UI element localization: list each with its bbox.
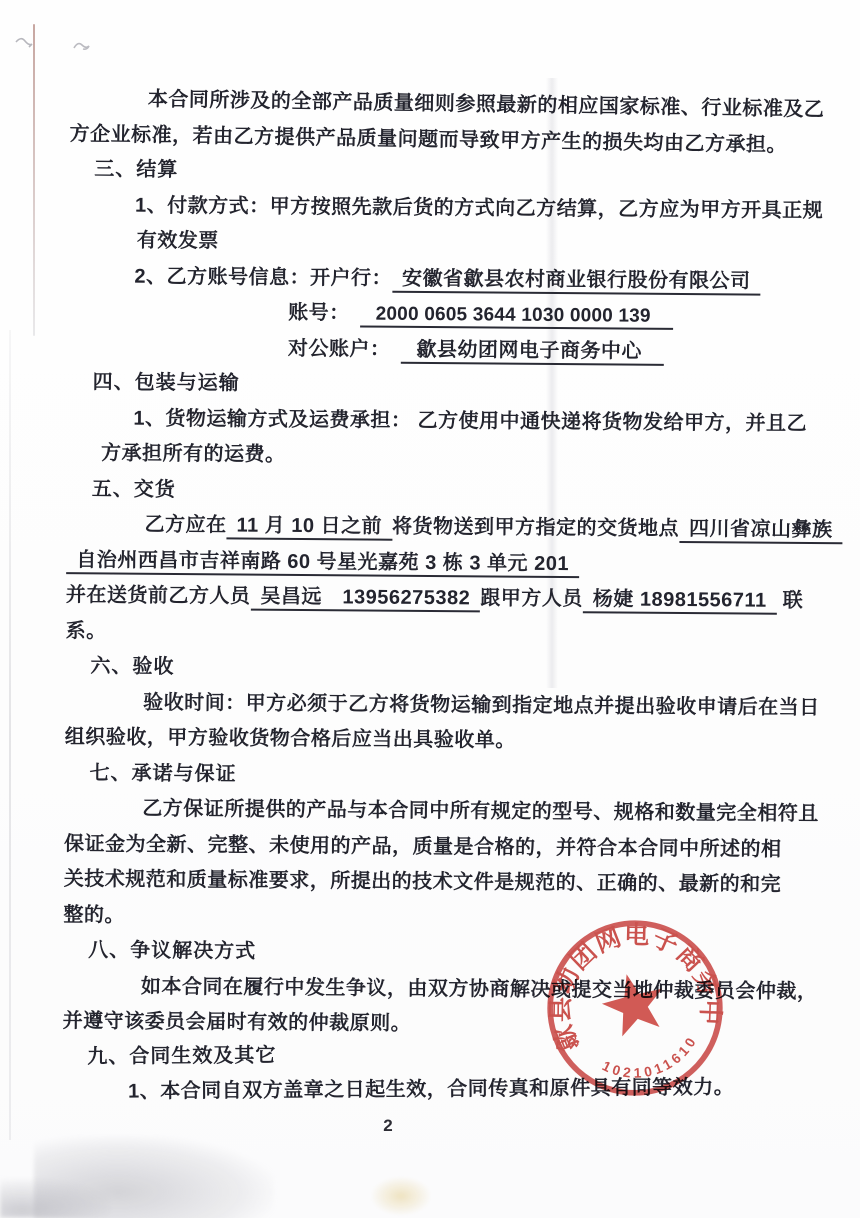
item-account-info: 2、乙方账号信息：开户行：安徽省歙县农村商业银行股份有限公司 [68, 259, 792, 300]
text-segment: 八、争议解决方式 [88, 939, 256, 962]
para-delivery-line4: 系。 [66, 614, 790, 655]
text-segment: 联 [777, 590, 804, 612]
para-delivery-line3: 并在送货前乙方人员吴昌远 13956275382跟甲方人员杨婕 18981556… [66, 578, 790, 619]
text-segment: 本合同所涉及的全部产品质量细则参照最新的相应国家标准、行业标准及乙 [148, 88, 825, 121]
section-heading-packing: 四、包装与运输 [68, 365, 792, 406]
section-heading-acceptance: 六、验收 [65, 649, 789, 690]
scan-stain-mark [370, 1176, 432, 1216]
seal-star-icon [596, 967, 671, 1039]
text-segment: 整的。 [63, 904, 125, 926]
text-segment: 将货物送到甲方指定的交货地点 [392, 516, 679, 540]
text-segment: 五、交货 [92, 478, 176, 501]
pen-squiggle-marks [12, 34, 132, 64]
company-seal: 歙县幼团网电子商务中心 10210116109 [543, 916, 727, 1100]
text-segment: 乙方应在 [144, 514, 226, 537]
text-segment: 保证金为全新、完整、未使用的产品，质量是合格的，并符合本合同中所述的相 [64, 833, 782, 861]
page-number: 2 [0, 1116, 798, 1136]
para-acceptance-line2: 组织验收，甲方验收货物合格后应当出具验收单。 [65, 720, 789, 761]
text-segment: 1、货物运输方式及运费承担： 乙方使用中通快递将货物发给甲方，并且乙 [133, 407, 807, 434]
account-number-line: 账号：2000 0605 3644 1030 0000 139 [68, 294, 792, 335]
text-segment: 对公账户： [288, 337, 391, 360]
text-segment: 组织验收，甲方验收货物合格后应当出具验收单。 [65, 726, 516, 752]
scan-corner-shadow [0, 1178, 110, 1218]
text-segment: 方企业标准，若由乙方提供产品质量问题而导致甲方产生的损失均由乙方承担。 [69, 123, 787, 156]
text-segment: 关技术规范和质量标准要求，所提出的技术文件是规范的、正确的、最新的和完 [64, 868, 782, 896]
para-guarantee-line3: 关技术规范和质量标准要求，所提出的技术文件是规范的、正确的、最新的和完 [64, 862, 788, 903]
text-segment: 六、验收 [90, 655, 174, 678]
text-segment: 九、合同生效及其它 [87, 1044, 276, 1067]
text-segment: 账号： [288, 302, 350, 324]
scan-edge-line-top [33, 24, 35, 336]
text-segment: 有效发票 [137, 230, 219, 253]
text-segment: 三、结算 [94, 158, 178, 181]
para-acceptance-line1: 验收时间：甲方必须于乙方将货物运输到指定地点并提出验收申请后在当日 [65, 685, 789, 726]
text-segment: 跟甲方人员 [480, 587, 583, 610]
text-segment: 并在送货前乙方人员 [66, 584, 251, 607]
filled-blank-field: 歙县幼团网电子商务中心 [400, 338, 664, 365]
section-heading-guarantee: 七、承诺与保证 [64, 756, 788, 797]
filled-blank-field: 自治州西昌市吉祥南路 60 号星光嘉苑 3 栋 3 单元 201 [66, 549, 579, 578]
scanned-contract-page: 本合同所涉及的全部产品质量细则参照最新的相应国家标准、行业标准及乙方企业标准，若… [0, 0, 860, 1218]
filled-blank-field: 11 月 10 日之前 [226, 514, 392, 540]
para-delivery-line1: 乙方应在11 月 10 日之前将货物送到甲方指定的交货地点四川省凉山彝族 [66, 507, 790, 548]
text-segment: 并遵守该委员会届时有效的仲裁原则。 [63, 1010, 412, 1035]
para-guarantee-line1: 乙方保证所提供的产品与本合同中所有规定的型号、规格和数量完全相符且 [64, 791, 788, 832]
para-guarantee-line2: 保证金为全新、完整、未使用的产品，质量是合格的，并符合本合同中所述的相 [64, 827, 788, 868]
text-segment: 四、包装与运输 [93, 371, 240, 394]
text-segment: 方承担所有的运费。 [101, 442, 286, 465]
item-payment-line1: 1、付款方式：甲方按照先款后货的方式向乙方结算，乙方应为甲方开具正规 [69, 188, 793, 229]
item-shipping-line1: 1、货物运输方式及运费承担： 乙方使用中通快递将货物发给甲方，并且乙 [67, 401, 791, 442]
text-segment: 系。 [66, 620, 107, 642]
text-segment: 1、付款方式：甲方按照先款后货的方式向乙方结算，乙方应为甲方开具正规 [135, 194, 823, 221]
text-segment: 2、乙方账号信息：开户行： [134, 265, 392, 289]
filled-blank-field: 2000 0605 3644 1030 0000 139 [360, 303, 673, 329]
filled-blank-field: 安徽省歙县农村商业银行股份有限公司 [392, 267, 761, 295]
filled-blank-field: 杨婕 18981556711 [583, 588, 777, 615]
item-shipping-line2: 方承担所有的运费。 [67, 436, 791, 477]
text-segment: 乙方保证所提供的产品与本合同中所有规定的型号、规格和数量完全相符且 [142, 798, 819, 825]
para-delivery-line2: 自治州西昌市吉祥南路 60 号星光嘉苑 3 栋 3 单元 201 [66, 543, 790, 584]
filled-blank-field: 吴昌远 13956275382 [250, 586, 480, 613]
filled-blank-field: 四川省凉山彝族 [679, 518, 843, 544]
text-segment: 验收时间：甲方必须于乙方将货物运输到指定地点并提出验收申请后在当日 [143, 691, 820, 718]
corporate-account-line: 对公账户：歙县幼团网电子商务中心 [68, 330, 792, 371]
scan-edge-line-bottom [9, 330, 11, 1140]
section-heading-delivery: 五、交货 [67, 472, 791, 513]
text-segment: 七、承诺与保证 [89, 762, 236, 785]
item-payment-line2: 有效发票 [69, 223, 793, 264]
